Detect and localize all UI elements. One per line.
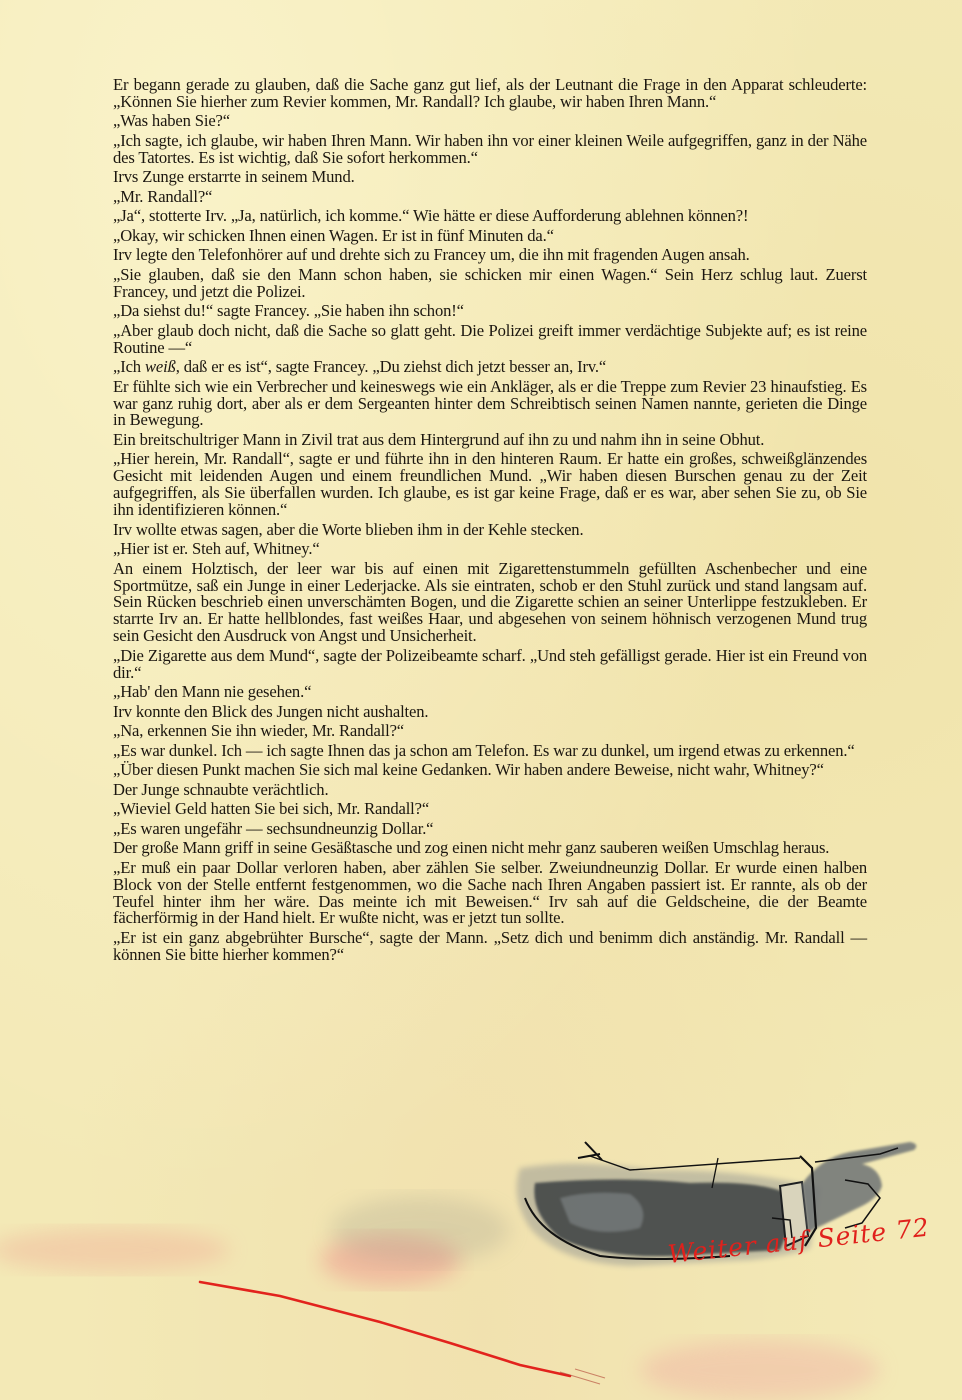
- paragraph: „Ja“, stotterte Irv. „Ja, natürlich, ich…: [113, 208, 867, 225]
- paragraph: „Mr. Randall?“: [113, 189, 867, 206]
- paragraph: Irv konnte den Blick des Jungen nicht au…: [113, 704, 867, 721]
- paragraph: „Na, erkennen Sie ihn wieder, Mr. Randal…: [113, 723, 867, 740]
- paragraph: „Es waren ungefähr — sechsundneunzig Dol…: [113, 821, 867, 838]
- paragraph: „Ich weiß, daß er es ist“, sagte Francey…: [113, 359, 867, 376]
- paragraph: „Über diesen Punkt machen Sie sich mal k…: [113, 762, 867, 779]
- paragraph: „Es war dunkel. Ich — ich sagte Ihnen da…: [113, 743, 867, 760]
- paragraph: Irv legte den Telefonhörer auf und dreht…: [113, 247, 867, 264]
- paragraph: „Was haben Sie?“: [113, 113, 867, 130]
- paragraph: Irvs Zunge erstarrte in seinem Mund.: [113, 169, 867, 186]
- paragraph: Irv wollte etwas sagen, aber die Worte b…: [113, 522, 867, 539]
- paragraph-text: , daß er es ist“, sagte Francey. „Du zie…: [176, 357, 606, 376]
- paragraph: Er fühlte sich wie ein Verbrecher und ke…: [113, 379, 867, 430]
- paragraph: Der Junge schnaubte verächtlich.: [113, 782, 867, 799]
- paragraph-text: „Ich: [113, 357, 145, 376]
- paragraph: „Wieviel Geld hatten Sie bei sich, Mr. R…: [113, 801, 867, 818]
- paragraph: Ein breitschultriger Mann in Zivil trat …: [113, 432, 867, 449]
- paragraph: „Er ist ein ganz abgebrühter Bursche“, s…: [113, 930, 867, 964]
- paragraph: „Er muß ein paar Dollar verloren haben, …: [113, 860, 867, 928]
- emphasis-text: weiß: [145, 357, 176, 376]
- paragraph: „Okay, wir schicken Ihnen einen Wagen. E…: [113, 228, 867, 245]
- paragraph: „Sie glauben, daß sie den Mann schon hab…: [113, 267, 867, 301]
- article-body: Er begann gerade zu glauben, daß die Sac…: [113, 77, 867, 966]
- paragraph: Der große Mann griff in seine Gesäßtasch…: [113, 840, 867, 857]
- paragraph: „Da siehst du!“ sagte Francey. „Sie habe…: [113, 303, 867, 320]
- paragraph: „Hier ist er. Steh auf, Whitney.“: [113, 541, 867, 558]
- magazine-page: Er begann gerade zu glauben, daß die Sac…: [0, 0, 962, 1400]
- paragraph: Er begann gerade zu glauben, daß die Sac…: [113, 77, 867, 111]
- paragraph: „Hier herein, Mr. Randall“, sagte er und…: [113, 451, 867, 519]
- paragraph: „Die Zigarette aus dem Mund“, sagte der …: [113, 648, 867, 682]
- paragraph: „Aber glaub doch nicht, daß die Sache so…: [113, 323, 867, 357]
- paragraph: An einem Holztisch, der leer war bis auf…: [113, 561, 867, 646]
- paragraph: „Hab' den Mann nie gesehen.“: [113, 684, 867, 701]
- paragraph: „Ich sagte, ich glaube, wir haben Ihren …: [113, 133, 867, 167]
